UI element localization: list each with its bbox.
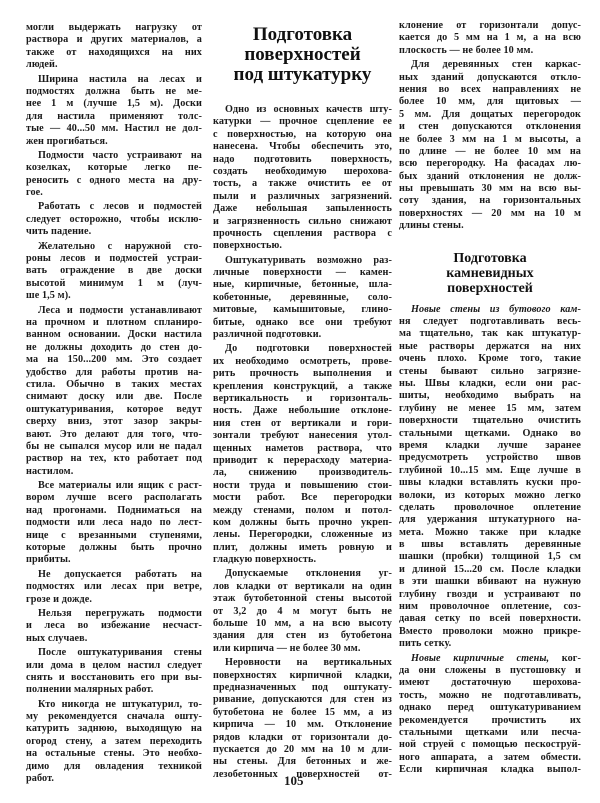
text-line: могли выдержать нагрузку от <box>26 22 202 34</box>
text-line: глубиной 10...15 мм. Еще лучше в <box>399 465 581 477</box>
heading-line: Подготовка <box>213 25 392 45</box>
heading-line: поверхностей <box>213 45 392 65</box>
right-column: клонение от горизонтали допус-кается до … <box>399 20 581 778</box>
text-line: или кирпича — не более 30 мм. <box>213 643 392 655</box>
paragraph: Кто никогда не штукатурил, то-му рекомен… <box>26 699 202 786</box>
text-line: прочность сцепления раствора с <box>213 228 392 240</box>
left-column: могли выдержать нагрузку отраствора и др… <box>26 22 202 787</box>
text-line: высотой минимум 1 м (луч- <box>26 278 202 290</box>
text-line: поверхностью. <box>213 240 392 252</box>
text-line: тые — 40...50 мм. Настил не дол- <box>26 123 202 135</box>
paragraph: Для деревянных стен каркас-ных зданий до… <box>399 59 581 232</box>
text-line: вертикальность и горизонталь- <box>213 393 392 405</box>
text-line: пить сетку. <box>399 638 581 650</box>
page-number: 105 <box>284 773 304 789</box>
text-line: клонение от горизонтали допус- <box>399 20 581 32</box>
paragraph: Допускаемые отклонения уг-лов кладки от … <box>213 568 392 655</box>
text-line: также от находящихся на них <box>26 47 202 59</box>
text-line: битые, однако все они требуют <box>213 317 392 329</box>
text-line: различной подготовки. <box>213 329 392 341</box>
text-line: давая сетку по всей поверхности. <box>399 613 581 625</box>
text-line: роны лесов и подмостей устраи- <box>26 253 202 265</box>
text-line: личные поверхности — камен- <box>213 267 392 279</box>
text-line: кирпича — 10 мм. Отклонение <box>213 719 392 731</box>
text-line: Неровности на вертикальных <box>213 657 392 669</box>
heading-line: камневидных <box>399 266 581 281</box>
text-line: тость, а также очистить ее от <box>213 178 392 190</box>
text-line: Работать с лесов и подмостей <box>26 201 202 213</box>
text-line: имеют достаточную шерохова- <box>399 677 581 689</box>
text-line: над прогонами. Подниматься на <box>26 505 202 517</box>
text-line: му рекомендуется сначала ошту- <box>26 711 202 723</box>
text-line: и длиной 15...20 см. После кладки <box>399 564 581 576</box>
text-line: щенных наметов раствора, что <box>213 443 392 455</box>
paragraph: Не допускается работать наподмостях или … <box>26 569 202 606</box>
text-line: лов кладки от вертикали на один <box>213 581 392 593</box>
text-line: рить прочность выполнения и <box>213 368 392 380</box>
text-line: предназначенных под оштукату- <box>213 682 392 694</box>
paragraph: Неровности на вертикальныхповерхностях к… <box>213 657 392 781</box>
text-line: реносить с одного места на дру- <box>26 175 202 187</box>
text-line: шиты, необходимо выбрать на <box>399 390 581 402</box>
text-line: вать ограждение в две доски <box>26 265 202 277</box>
text-line: мета. Можно также при кладке <box>399 527 581 539</box>
text-line: митовые, камышитовые, глино- <box>213 304 392 316</box>
text-line: да они сложены в пустошовку и <box>399 665 581 677</box>
text-line: рядов кладки от горизонтали до- <box>213 732 392 744</box>
paragraph: Ширина настила на лесах иподмостях должн… <box>26 74 202 148</box>
text-line: ные растворы держатся на них <box>399 341 581 353</box>
text-line: надо подготовить поверхность, <box>213 154 392 166</box>
text-line: ные, кирпичные, бетонные, шла- <box>213 279 392 291</box>
text-line: длины стены. <box>399 220 581 232</box>
text-line: димо для овладения техникой <box>26 761 202 773</box>
text-line: Допускаемые отклонения уг- <box>213 568 392 580</box>
text-line: зонтали требуют нанесения утол- <box>213 430 392 442</box>
text-line: удобство для работы против на- <box>26 367 202 379</box>
text-line: не должны доходить до стен до- <box>26 342 202 354</box>
text-line: и леса во избежание несчаст- <box>26 620 202 632</box>
italic-lead: Новые стены из бутового кам- <box>411 304 581 315</box>
text-line: больше 10 мм, а на всю высоту <box>213 618 392 630</box>
text-line: кобетонные, деревянные, соло- <box>213 292 392 304</box>
text-line: ны. Швы кладки, если они рас- <box>399 378 581 390</box>
text-line: поверхности тщательно очистить <box>399 415 581 427</box>
text-line: полнении малярных работ. <box>26 684 202 696</box>
text-line: рекомендуется прочистить их <box>399 715 581 727</box>
text-line: чить падение. <box>26 226 202 238</box>
paragraph: Одно из основных качеств шту-катурки — п… <box>213 104 392 253</box>
paragraph: Желательно с наружной сто-роны лесов и п… <box>26 241 202 303</box>
text-line: здания для стен из бутобетона <box>213 630 392 642</box>
text-line: бутобетона не более 15 мм, а из <box>213 707 392 719</box>
text-line: Если кирпичная кладка выпол- <box>399 764 581 776</box>
text-line: бы не сыпался мусор или не падал <box>26 441 202 453</box>
paragraph: До подготовки поверхностейих необходимо … <box>213 343 392 566</box>
text-line: Даже небольшая запыленность <box>213 203 392 215</box>
text-line: грозе и дожде. <box>26 594 202 606</box>
text-line: Подмости часто устраивают на <box>26 150 202 162</box>
text-line: ванном основании. Доски настила <box>26 329 202 341</box>
text-line: ним проволочное оплетение, соз- <box>399 601 581 613</box>
text-line: До подготовки поверхностей <box>213 343 392 355</box>
text-line: которые должны быть прочно <box>26 542 202 554</box>
text-line: поверхностях кирпичной кладки, <box>213 670 392 682</box>
paragraph: Оштукатуривать возможно раз-личные повер… <box>213 255 392 342</box>
text-line: тость, можно не подготавливать, <box>399 690 581 702</box>
text-line: приводит к перерасходу материа- <box>213 455 392 467</box>
text-line: швы кладки вставлять куски про- <box>399 477 581 489</box>
text-line: на остальные стены. Это необхо- <box>26 748 202 760</box>
section-heading-stone-surfaces: Подготовка камневидных поверхностей <box>399 251 581 296</box>
text-line: создать необходимую шерохова- <box>213 166 392 178</box>
text-line: Ширина настила на лесах и <box>26 74 202 86</box>
text-line: ла, снижению производитель- <box>213 467 392 479</box>
text-line: и стен допускаются отклонения <box>399 121 581 133</box>
text-line: для удержания штукатурного на- <box>399 514 581 526</box>
text-line: ных зданий допускаются откло- <box>399 72 581 84</box>
text-line: ного аппарата, а затем обмести. <box>399 752 581 764</box>
text-line: поверхностях — 20 мм на 10 м <box>399 208 581 220</box>
text-line: волоки, из которых можно легко <box>399 490 581 502</box>
text-line: оштукатуривания, которое ведут <box>26 404 202 416</box>
text-line: пускается до 20 мм на 10 м дли- <box>213 744 392 756</box>
heading-line: под штукатурку <box>213 65 392 85</box>
text-line: время кладки лучше заранее <box>399 440 581 452</box>
text-line: пыли и различных загрязнений. <box>213 191 392 203</box>
text-line: прибиты. <box>26 554 202 566</box>
text-line: кается до 5 мм на 1 м, а на всю <box>399 32 581 44</box>
text-line: работ. <box>26 773 202 785</box>
text-line: Все материалы или ящик с раст- <box>26 480 202 492</box>
text-line: плит, должны иметь ровную и <box>213 542 392 554</box>
right-column-bottom-body: Новые стены из бутового кам-ня следует п… <box>399 304 581 777</box>
paragraph: Новые кирпичные стены, ког-да они сложен… <box>399 653 581 777</box>
text-line: нице с врезанными ступенями, <box>26 530 202 542</box>
text-line: более 10 мм, для щитовых — <box>399 96 581 108</box>
text-line: следует осторожно, чтобы исклю- <box>26 214 202 226</box>
text-line: ны стены. Для бетонных и же- <box>213 756 392 768</box>
text-line: гладкую поверхность. <box>213 554 392 566</box>
text-line: козелках, которые легко пе- <box>26 162 202 174</box>
text-line: снимают доску или две. После <box>26 391 202 403</box>
text-line: бых зданий отклонения не долж- <box>399 171 581 183</box>
text-line: гое. <box>26 187 202 199</box>
text-line: всю перегородку. На фасадах лю- <box>399 158 581 170</box>
text-line: Желательно с наружной сто- <box>26 241 202 253</box>
text-line: стены бывают сильно загрязне- <box>399 366 581 378</box>
paragraph: Работать с лесов и подмостейследует осто… <box>26 201 202 238</box>
text-line: очень плохо. Кроме того, такие <box>399 353 581 365</box>
text-line: раствор на тех, кто работает под <box>26 453 202 465</box>
text-line: шашки (пробки) толщиной 1,5 см <box>399 551 581 563</box>
text-line: сверху вниз, этот зазор закры- <box>26 416 202 428</box>
section-heading-surface-preparation: Подготовка поверхностей под штукатурку <box>213 25 392 85</box>
text-line: глубину гвозди и устраивают по <box>399 589 581 601</box>
text-line: Одно из основных качеств шту- <box>213 104 392 116</box>
text-line: ния стен от вертикали и гори- <box>213 418 392 430</box>
text-line: подмости или леса надо по лест- <box>26 517 202 529</box>
text-line: огород стену, а затем переходить <box>26 736 202 748</box>
paragraph: Нельзя перегружать подмостии леса во изб… <box>26 608 202 645</box>
text-line: и загрязненность сильно снижают <box>213 216 392 228</box>
text-line: однако перед оштукатуриванием <box>399 702 581 714</box>
text-line: подмостях должна быть не ме- <box>26 86 202 98</box>
text-line: ность. Даже небольшие отклоне- <box>213 405 392 417</box>
text-line: по длине — не более 10 мм на <box>399 146 581 158</box>
text-line: стальными щетками. Однако во <box>399 428 581 440</box>
text-line: Оштукатуривать возможно раз- <box>213 255 392 267</box>
text-line: 5 мм. Для дощатых перегородок <box>399 109 581 121</box>
paragraph: Подмости часто устраивают накозелках, ко… <box>26 150 202 200</box>
text-line: катурить заднюю, выходящую на <box>26 723 202 735</box>
text-line: с поверхностью, на которую она <box>213 129 392 141</box>
text-line: ных случаев. <box>26 633 202 645</box>
text-line: катурки — прочное сцепление ее <box>213 116 392 128</box>
text-line: подмостях или лесах при ветре, <box>26 581 202 593</box>
book-page: могли выдержать нагрузку отраствора и др… <box>0 0 600 803</box>
text-line: предусмотреть устройство швов <box>399 452 581 464</box>
text-line: ны превышать 30 мм на всю вы- <box>399 183 581 195</box>
text-line: от 3,2 до 4 м могут быть не <box>213 606 392 618</box>
text-line: стила. Обычно в таких местах <box>26 379 202 391</box>
text-line: соту здания, на горизонтальных <box>399 195 581 207</box>
text-line: на прочном и плотном спланиро- <box>26 317 202 329</box>
text-line: мости работ. Все перегородки <box>213 492 392 504</box>
text-line: Вместо проволоки можно прикре- <box>399 626 581 638</box>
text-line: в швы вставлять деревянные <box>399 539 581 551</box>
text-line: Для деревянных стен каркас- <box>399 59 581 71</box>
text-line: нения во всех направлениях не <box>399 84 581 96</box>
text-line: раствора и других материалов, а <box>26 34 202 46</box>
text-line: Леса и подмости устанавливают <box>26 305 202 317</box>
text-line: ривание, допускаются для стен из <box>213 694 392 706</box>
text-line: ма тщательно, так как штукатур- <box>399 328 581 340</box>
text-line: между стенами, полом и потол- <box>213 505 392 517</box>
text-line: глубину не менее 15 мм, затем <box>399 403 581 415</box>
text-line: нанесена. Чтобы обеспечить это, <box>213 141 392 153</box>
italic-lead: Новые кирпичные стены, <box>411 653 549 664</box>
text-line: ной струей с помощью пескоструй- <box>399 739 581 751</box>
text-line: в эти шашки вбивают на нужную <box>399 576 581 588</box>
paragraph: Новые стены из бутового кам-ня следует п… <box>399 304 581 651</box>
paragraph: После оштукатуривания стеныили дома в це… <box>26 647 202 697</box>
text-line: этаж бутобетонной стены высотой <box>213 593 392 605</box>
text-line: их необходимо осмотреть, прове- <box>213 356 392 368</box>
text-line: сделать проволочное оплетение <box>399 502 581 514</box>
text-line: ше 1,5 м). <box>26 290 202 302</box>
text-line: настилом. <box>26 466 202 478</box>
paragraph: Все материалы или ящик с раст-вором лучш… <box>26 480 202 567</box>
text-line: Нельзя перегружать подмости <box>26 608 202 620</box>
text-line: крепления конструкций, а также <box>213 381 392 393</box>
text-line: вором лучше всего располагать <box>26 492 202 504</box>
middle-column: Подготовка поверхностей под штукатурку О… <box>213 22 392 783</box>
text-line: ма на 150...200 мм. Это создает <box>26 354 202 366</box>
text-line: ности труда и повышению стои- <box>213 480 392 492</box>
text-line: плоскость — не более 10 мм. <box>399 45 581 57</box>
text-line: Новые стены из бутового кам- <box>399 304 581 316</box>
paragraph: клонение от горизонтали допус-кается до … <box>399 20 581 57</box>
text-line: жен прогибаться. <box>26 136 202 148</box>
text-line: стальными щетками или песча- <box>399 727 581 739</box>
text-line: или дома в целом настил следует <box>26 660 202 672</box>
text-line: для настила применяют толс- <box>26 111 202 123</box>
text-line: вают. Это делают для того, что- <box>26 429 202 441</box>
text-line: ня следует подготавливать весь- <box>399 316 581 328</box>
paragraph: Леса и подмости устанавливаютна прочном … <box>26 305 202 478</box>
text-line: ком должны быть прочно укреп- <box>213 517 392 529</box>
paragraph: могли выдержать нагрузку отраствора и др… <box>26 22 202 72</box>
text-line: Новые кирпичные стены, ког- <box>399 653 581 665</box>
text-line: не более 3 мм на 1 м высоты, а <box>399 134 581 146</box>
text-line: После оштукатуривания стены <box>26 647 202 659</box>
text-line: нее 1 м (лучше 1,5 м). Доски <box>26 98 202 110</box>
text-line: снять и восстановить его при вы- <box>26 672 202 684</box>
text-line: Не допускается работать на <box>26 569 202 581</box>
text-line: Кто никогда не штукатурил, то- <box>26 699 202 711</box>
middle-column-body: Одно из основных качеств шту-катурки — п… <box>213 104 392 781</box>
heading-line: поверхностей <box>399 281 581 296</box>
right-column-top-body: клонение от горизонтали допус-кается до … <box>399 20 581 233</box>
text-line: людей. <box>26 59 202 71</box>
heading-line: Подготовка <box>399 251 581 266</box>
text-line: лены. Перегородки, сложенные из <box>213 529 392 541</box>
